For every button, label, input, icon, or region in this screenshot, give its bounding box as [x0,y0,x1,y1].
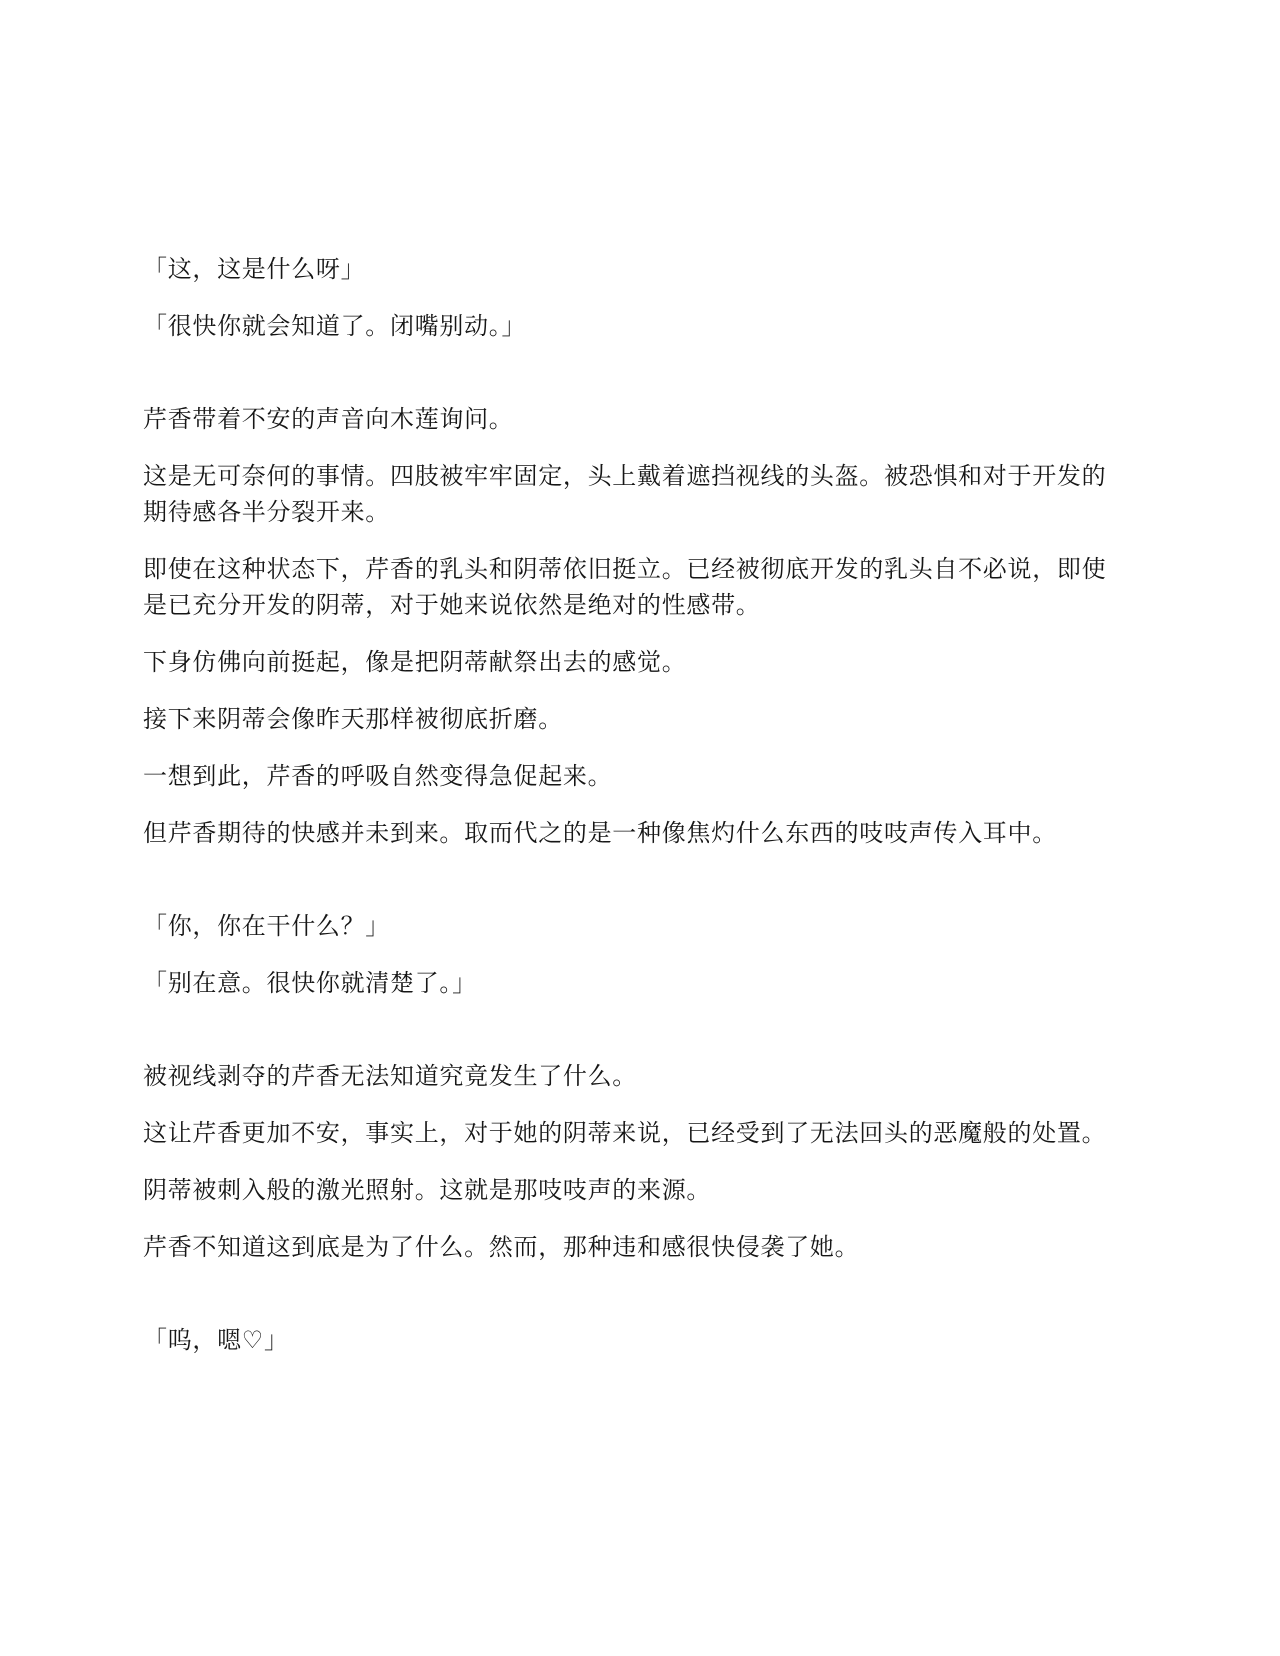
text-column: 「这，这是什么呀」 「很快你就会知道了。闭嘴别动。」 芹香带着不安的声音向木莲询… [143,252,1113,1359]
narration-paragraph: 但芹香期待的快感并未到来。取而代之的是一种像焦灼什么东西的吱吱声传入耳中。 [143,816,1113,852]
narration-paragraph: 一想到此，芹香的呼吸自然变得急促起来。 [143,759,1113,795]
narration-paragraph: 这让芹香更加不安，事实上，对于她的阴蒂来说，已经受到了无法回头的恶魔般的处置。 [143,1116,1113,1152]
narration-paragraph: 这是无可奈何的事情。四肢被牢牢固定，头上戴着遮挡视线的头盔。被恐惧和对于开发的期… [143,459,1113,531]
dialogue-block-2: 「你，你在干什么？」 「别在意。很快你就清楚了。」 [143,909,1113,1002]
dialogue-line: 「别在意。很快你就清楚了。」 [143,966,1113,1002]
narration-block-2: 被视线剥夺的芹香无法知道究竟发生了什么。 这让芹香更加不安，事实上，对于她的阴蒂… [143,1059,1113,1266]
narration-paragraph: 下身仿佛向前挺起，像是把阴蒂献祭出去的感觉。 [143,645,1113,681]
dialogue-block-1: 「这，这是什么呀」 「很快你就会知道了。闭嘴别动。」 [143,252,1113,345]
narration-paragraph: 芹香不知道这到底是为了什么。然而，那种违和感很快侵袭了她。 [143,1230,1113,1266]
dialogue-block-3: 「呜，嗯♡」 [143,1323,1113,1359]
narration-block-1: 芹香带着不安的声音向木莲询问。 这是无可奈何的事情。四肢被牢牢固定，头上戴着遮挡… [143,402,1113,852]
dialogue-line: 「很快你就会知道了。闭嘴别动。」 [143,309,1113,345]
narration-paragraph: 芹香带着不安的声音向木莲询问。 [143,402,1113,438]
narration-paragraph: 即使在这种状态下，芹香的乳头和阴蒂依旧挺立。已经被彻底开发的乳头自不必说，即使是… [143,552,1113,624]
dialogue-line: 「这，这是什么呀」 [143,252,1113,288]
narration-paragraph: 接下来阴蒂会像昨天那样被彻底折磨。 [143,702,1113,738]
narration-paragraph: 阴蒂被刺入般的激光照射。这就是那吱吱声的来源。 [143,1173,1113,1209]
dialogue-line: 「呜，嗯♡」 [143,1323,1113,1359]
document-page: 「这，这是什么呀」 「很快你就会知道了。闭嘴别动。」 芹香带着不安的声音向木莲询… [0,0,1280,1656]
dialogue-line: 「你，你在干什么？」 [143,909,1113,945]
narration-paragraph: 被视线剥夺的芹香无法知道究竟发生了什么。 [143,1059,1113,1095]
